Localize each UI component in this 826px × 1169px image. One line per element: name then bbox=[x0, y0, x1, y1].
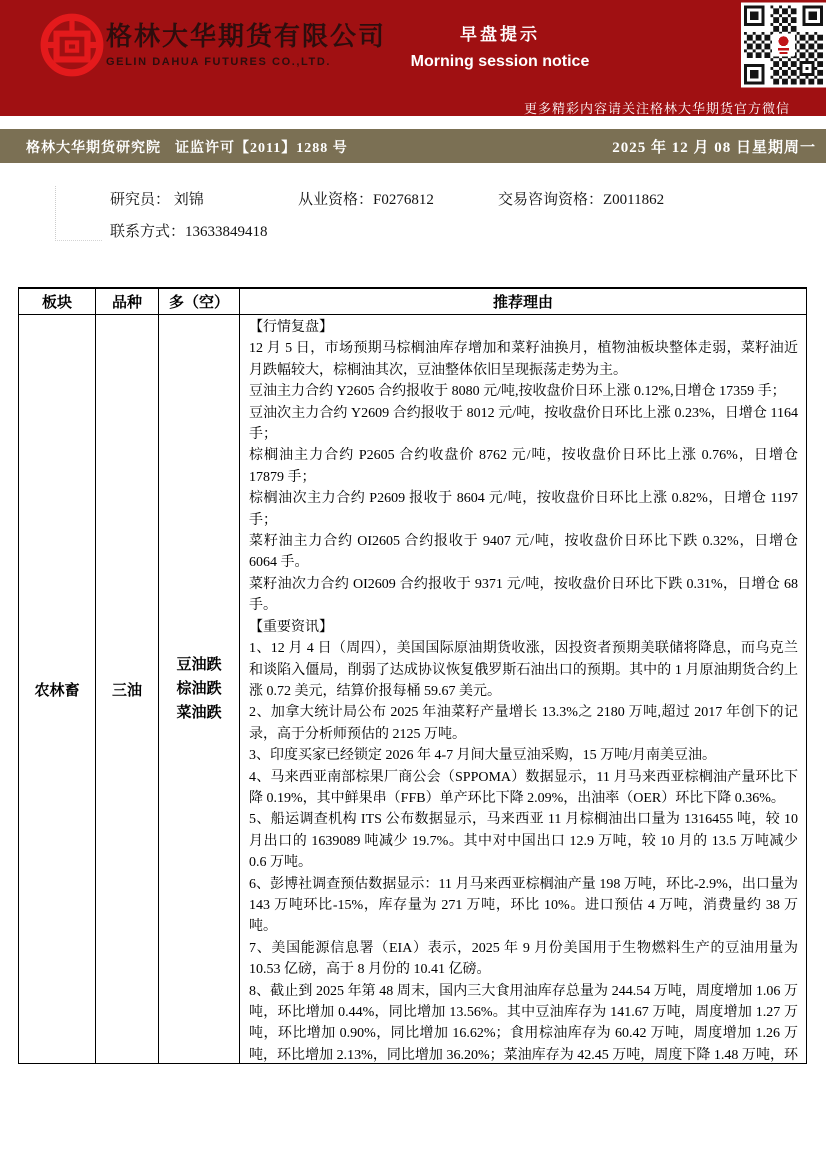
qr-code-icon bbox=[741, 2, 826, 88]
reason-paragraph: 菜籽油次力合约 OI2609 合约报收于 9371 元/吨，按收盘价日环比下跌 … bbox=[249, 574, 798, 617]
company-name-cn: 格林大华期货有限公司 bbox=[106, 22, 386, 52]
cell-reason: 【行情复盘】 12 月 5 日，市场预期马棕榈油库存增加和菜籽油换月，植物油板块… bbox=[240, 315, 806, 1063]
cell-variety: 三油 bbox=[96, 315, 159, 1063]
header-variety: 品种 bbox=[96, 289, 159, 314]
company-name-block: 格林大华期货有限公司 GELIN DAHUA FUTURES CO.,LTD. bbox=[106, 22, 386, 68]
reason-paragraph: 1、12 月 4 日（周四），美国国际原油期货收涨，因投资者预期美联储将降息，而… bbox=[249, 638, 798, 702]
reason-paragraph: 2、加拿大统计局公布 2025 年油菜籽产量增长 13.3%之 2180 万吨,… bbox=[249, 702, 798, 745]
cell-sector: 农林畜 bbox=[19, 315, 96, 1063]
reason-paragraph: 5、船运调查机构 ITS 公布数据显示，马来西亚 11 月棕榈油出口量为 131… bbox=[249, 809, 798, 873]
reason-paragraph: 豆油次主力合约 Y2609 合约报收于 8012 元/吨，按收盘价日环比上涨 0… bbox=[249, 403, 798, 446]
date-label: 2025 年 12 月 08 日星期周一 bbox=[612, 136, 816, 157]
researcher-name: 研究员： 刘锦 bbox=[110, 188, 204, 209]
reason-paragraph: 12 月 5 日，市场预期马棕榈油库存增加和菜籽油换月，植物油板块整体走弱，菜籽… bbox=[249, 338, 798, 381]
position-line: 菜油跌 bbox=[176, 701, 221, 725]
company-logo-icon bbox=[38, 11, 106, 79]
document-page: 格林大华期货有限公司 GELIN DAHUA FUTURES CO.,LTD. … bbox=[0, 0, 826, 1169]
reason-paragraph: 豆油主力合约 Y2605 合约报收于 8080 元/吨,按收盘价日环上涨 0.1… bbox=[249, 381, 798, 402]
reason-paragraph: 棕榈油次主力合约 P2609 报收于 8604 元/吨，按收盘价日环比上涨 0.… bbox=[249, 488, 798, 531]
position-line: 棕油跌 bbox=[176, 677, 221, 701]
reason-paragraph: 8、截止到 2025 年第 48 周末，国内三大食用油库存总量为 244.54 … bbox=[249, 981, 798, 1063]
header-position: 多（空） bbox=[159, 289, 240, 314]
reason-paragraph: 4、马来西亚南部棕果厂商公会（SPPOMA）数据显示，11 月马来西亚棕榈油产量… bbox=[249, 767, 798, 810]
company-name-en: GELIN DAHUA FUTURES CO.,LTD. bbox=[106, 56, 386, 68]
table-row: 农林畜 三油 豆油跌 棕油跌 菜油跌 【行情复盘】 12 月 5 日，市场预期马… bbox=[19, 315, 806, 1063]
reason-paragraph: 6、彭博社调查预估数据显示：11 月马来西亚棕榈油产量 198 万吨，环比-2.… bbox=[249, 874, 798, 938]
license-label: 证监许可【2011】1288 号 bbox=[175, 141, 348, 156]
wechat-note: 更多精彩内容请关注格林大华期货官方微信 bbox=[524, 98, 790, 117]
researcher-advisory-qualification: 交易咨询资格：Z0011862 bbox=[498, 188, 664, 209]
researcher-qualification: 从业资格：F0276812 bbox=[298, 188, 434, 209]
header-band: 格林大华期货有限公司 GELIN DAHUA FUTURES CO.,LTD. … bbox=[0, 0, 826, 116]
reason-paragraph: 【重要资讯】 bbox=[249, 617, 798, 638]
header-sector: 板块 bbox=[19, 289, 96, 314]
cell-position: 豆油跌 棕油跌 菜油跌 bbox=[159, 315, 240, 1063]
position-line: 豆油跌 bbox=[176, 653, 221, 677]
header-reason: 推荐理由 bbox=[240, 289, 806, 314]
reason-paragraph: 【行情复盘】 bbox=[249, 317, 798, 338]
institute-and-license: 格林大华期货研究院证监许可【2011】1288 号 bbox=[26, 137, 348, 157]
researcher-contact: 联系方式：13633849418 bbox=[110, 220, 268, 241]
subheader-band: 格林大华期货研究院证监许可【2011】1288 号 2025 年 12 月 08… bbox=[0, 129, 826, 163]
reason-paragraph: 3、印度买家已经锁定 2026 年 4-7 月间大量豆油采购，15 万吨/月南美… bbox=[249, 745, 798, 766]
reason-paragraph: 棕榈油主力合约 P2605 合约收盘价 8762 元/吨，按收盘价日环比上涨 0… bbox=[249, 445, 798, 488]
notice-title-cn: 早盘提示 bbox=[350, 20, 650, 45]
recommendation-table: 板块 品种 多（空） 推荐理由 农林畜 三油 豆油跌 棕油跌 菜油跌 【行情复盘… bbox=[18, 287, 807, 1064]
table-header-row: 板块 品种 多（空） 推荐理由 bbox=[19, 289, 806, 315]
researcher-block: 研究员： 刘锦 从业资格：F0276812 交易咨询资格：Z0011862 联系… bbox=[0, 182, 826, 242]
reason-paragraph: 菜籽油主力合约 OI2605 合约报收于 9407 元/吨，按收盘价日环比下跌 … bbox=[249, 531, 798, 574]
institute-label: 格林大华期货研究院 bbox=[26, 141, 161, 156]
reason-paragraph: 7、美国能源信息署（EIA）表示，2025 年 9 月份美国用于生物燃料生产的豆… bbox=[249, 938, 798, 981]
notice-title-en: Morning session notice bbox=[350, 53, 650, 71]
